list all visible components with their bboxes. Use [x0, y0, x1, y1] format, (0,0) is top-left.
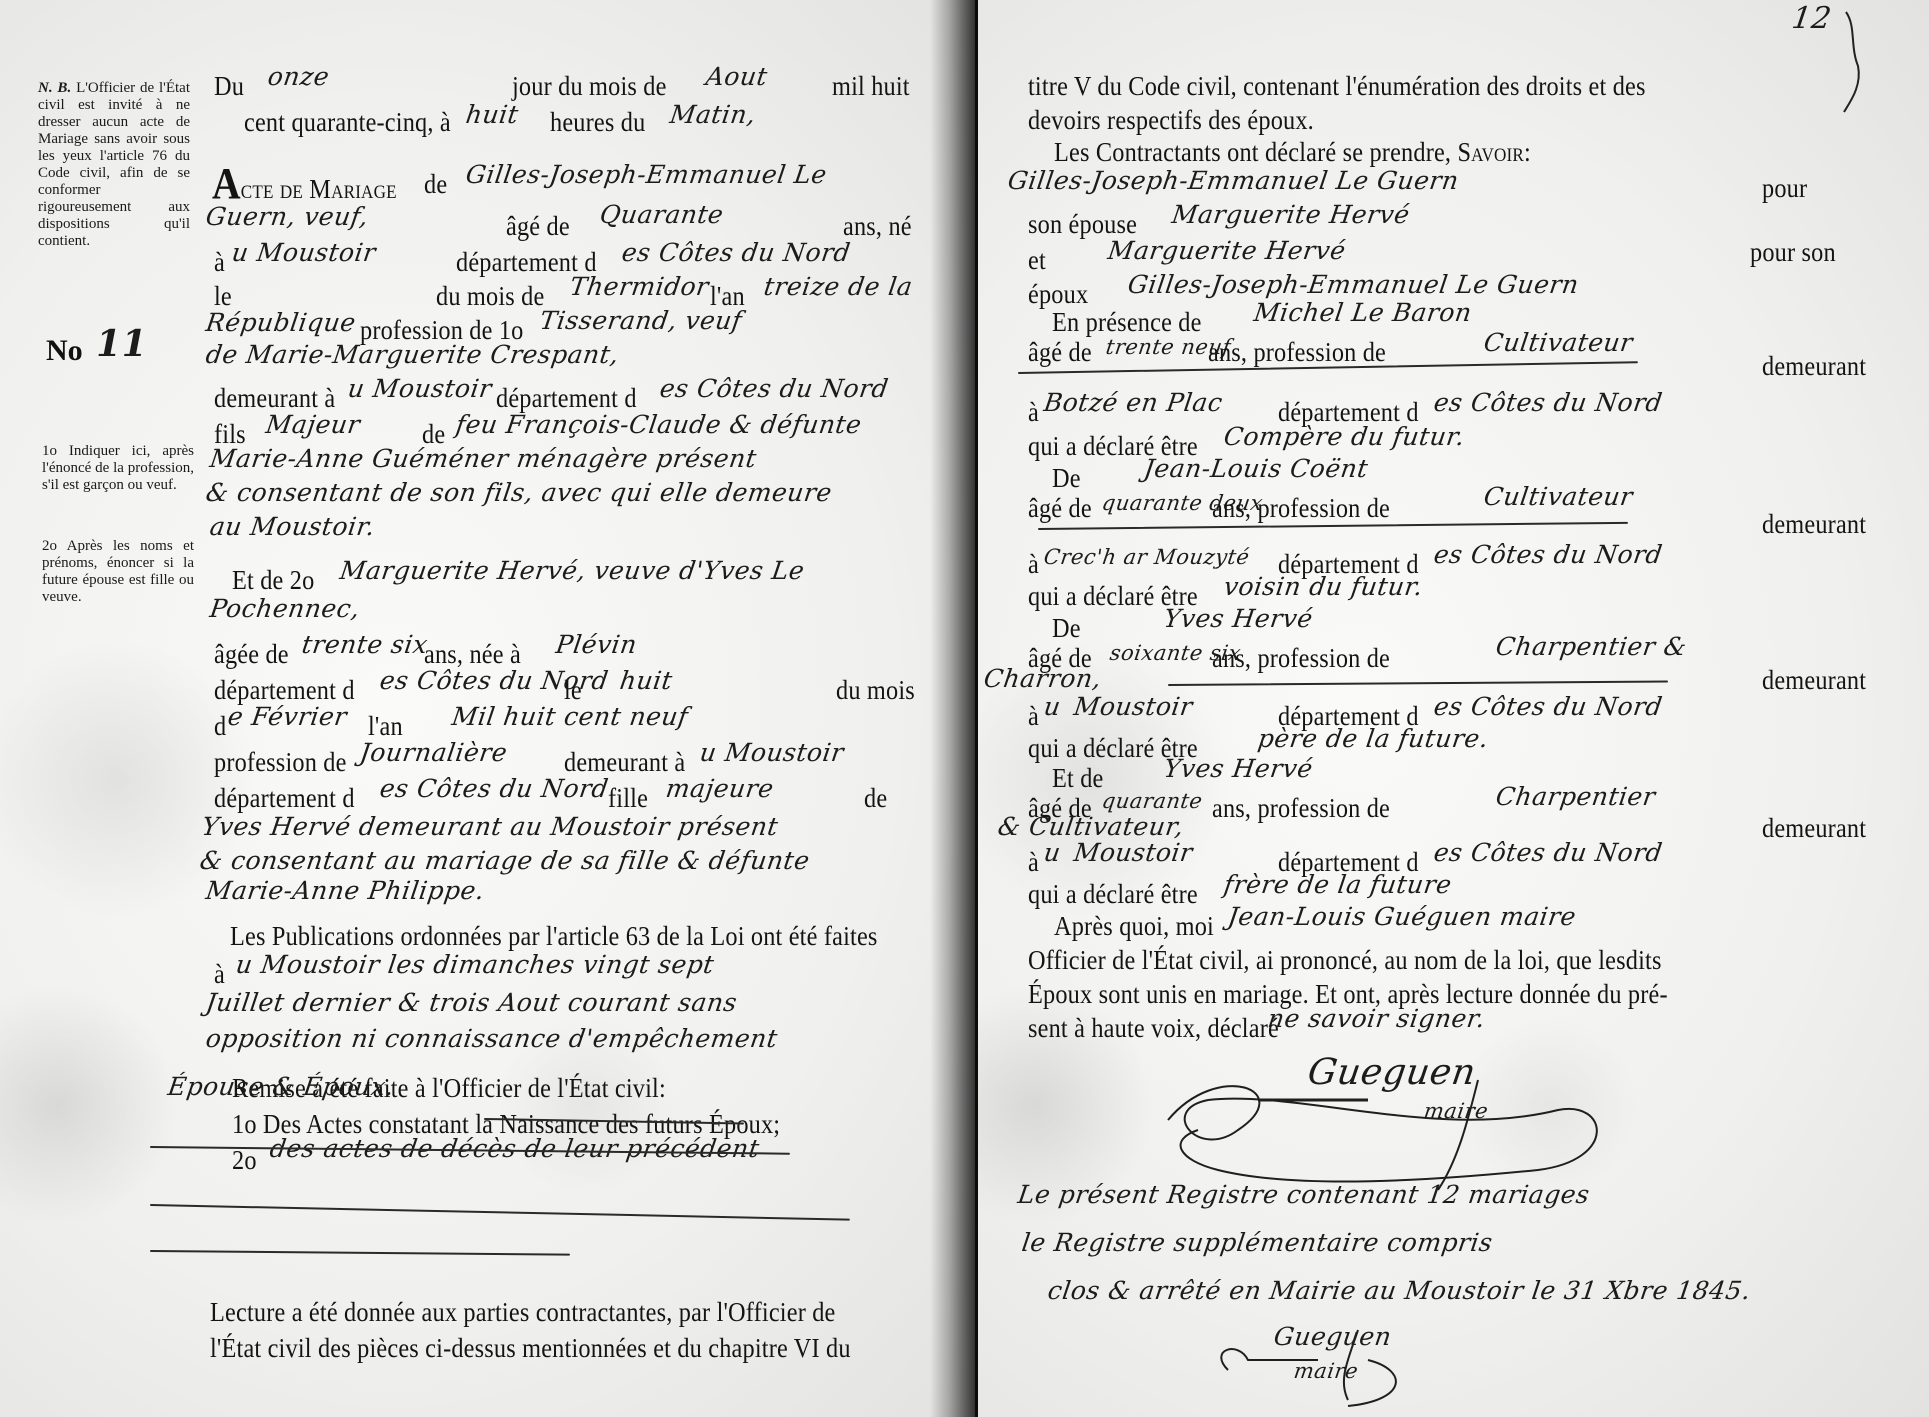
print-de-w2: De	[1052, 462, 1081, 494]
print-a-w4: à	[1028, 846, 1039, 878]
hw-witness-1-name: Michel Le Baron	[1252, 298, 1474, 328]
acte-heading-rest: cte de Mariage	[241, 174, 397, 204]
hw-witness-4-name: Yves Hervé	[1162, 754, 1315, 784]
print-demeurant-w3: demeurant	[1762, 664, 1866, 696]
hw-groom-residence: u Moustoir	[346, 374, 494, 404]
hw-officer: Jean-Louis Guéguen maire	[1226, 902, 1578, 932]
print-cent-quarante-cinq: cent quarante-cinq, à	[244, 106, 451, 138]
hw-groom-parents-2: Marie-Anne Guéméner ménagère présent	[208, 444, 759, 474]
hw-witness-2-relation: voisin du futur.	[1222, 572, 1425, 602]
hw-bride-status: majeure	[664, 774, 776, 804]
print-pour-son: pour son	[1750, 236, 1836, 268]
margin-note-2: 2o Après les noms et prénoms, énoncer si…	[42, 538, 194, 606]
hw-witness-3-profession: Charpentier &	[1494, 632, 1689, 662]
hw-witness-1-dept: es Côtes du Nord	[1432, 388, 1665, 418]
print-a-w1: à	[1028, 396, 1039, 428]
hw-publication-2: Juillet dernier & trois Aout courant san…	[204, 988, 739, 1018]
hw-groom-parents-4: au Moustoir.	[208, 512, 377, 542]
print-titre-v: titre V du Code civil, contenant l'énumé…	[1028, 70, 1646, 102]
hw-groom-birth-month: Thermidor	[568, 272, 711, 302]
print-a-pub: à	[214, 958, 225, 990]
hw-bride-residence-dept: es Côtes du Nord	[378, 774, 611, 804]
hw-witness-3-dept: es Côtes du Nord	[1432, 692, 1665, 722]
print-a-w3: à	[1028, 700, 1039, 732]
print-age-de-w1: âgé de	[1028, 336, 1092, 368]
hw-witness-4-residence-prefix: u	[1042, 838, 1063, 868]
hw-closing-2: le Registre supplémentaire compris	[1020, 1228, 1495, 1258]
print-lecture-1: Lecture a été donnée aux parties contrac…	[210, 1296, 836, 1328]
contractants-text: Les Contractants ont déclaré se prendre,	[1054, 137, 1451, 167]
print-de-3: de	[864, 782, 887, 814]
hw-groom-status: Majeur	[264, 410, 362, 440]
hw-bride-profession: Journalière	[358, 738, 509, 768]
print-et-de-w4: Et de	[1052, 762, 1104, 794]
print-sent-haute-voix: sent à haute voix, déclaré	[1028, 1012, 1279, 1044]
print-officier: Officier de l'État civil, ai prononcé, a…	[1028, 944, 1662, 976]
hw-witness-3-residence: Moustoir	[1072, 692, 1195, 722]
cancel-stroke	[1168, 681, 1668, 686]
print-ans-profession-w3: ans, profession de	[1212, 642, 1390, 674]
print-de: de	[424, 168, 447, 200]
savoir-text: Savoir:	[1457, 137, 1530, 167]
hw-bride-age: trente six	[300, 630, 430, 660]
hw-bride-full: Marguerite Hervé	[1170, 200, 1412, 230]
hw-witness-1-relation: Compère du futur.	[1222, 422, 1467, 452]
print-ans-ne: ans, né	[843, 210, 912, 242]
hw-groom-age: Quarante	[598, 200, 726, 230]
print-jour-du-mois: jour du mois de	[512, 70, 667, 102]
hw-bride-parents-3: Marie-Anne Philippe.	[204, 876, 487, 906]
hw-groom-name-1: Gilles-Joseph-Emmanuel Le	[464, 160, 829, 190]
book-gutter-shadow	[930, 0, 978, 1417]
print-et: et	[1028, 244, 1046, 276]
print-demeurant-w2: demeurant	[1762, 508, 1866, 540]
hw-hour: huit	[464, 100, 520, 130]
hw-bride-residence: u Moustoir	[698, 738, 846, 768]
hw-witness-3-relation: père de la future.	[1256, 724, 1490, 754]
print-publications: Les Publications ordonnées par l'article…	[230, 920, 878, 952]
hw-witness-3-residence-prefix: u	[1042, 692, 1063, 722]
hw-item2-2: Épouse & Époux.	[166, 1072, 396, 1102]
print-contractants: Les Contractants ont déclaré se prendre,…	[1054, 136, 1531, 168]
print-heures-du: heures du	[550, 106, 645, 138]
hw-groom-full: Gilles-Joseph-Emmanuel Le Guern	[1006, 166, 1461, 196]
left-page: N. B. L'Officier de l'État civil est inv…	[0, 0, 978, 1417]
print-du-mois: du mois	[836, 674, 915, 706]
hw-witness-3-profession-2: Charron,	[982, 664, 1103, 694]
hw-bride-birth-month: e Février	[226, 702, 349, 732]
hw-time-of-day: Matin,	[668, 100, 758, 130]
nb-label: N. B.	[38, 80, 71, 96]
hw-witness-2-profession: Cultivateur	[1482, 482, 1635, 512]
nb-text: L'Officier de l'État civil est invité à …	[38, 80, 190, 249]
print-a: à	[214, 246, 225, 278]
hw-groom-birth-year-2: République	[204, 308, 358, 338]
closing-signature-flourish	[1208, 1320, 1428, 1410]
hw-groom-residence-dept: es Côtes du Nord	[658, 374, 891, 404]
hw-witness-2-residence: Crec'h ar Mouzyté	[1042, 542, 1252, 572]
hw-witness-4-profession: Charpentier	[1494, 782, 1657, 812]
hw-month: Aout	[704, 62, 769, 92]
print-devoirs: devoirs respectifs des époux.	[1028, 104, 1314, 136]
hw-groom-prev-wife: de Marie-Marguerite Crespant,	[204, 340, 621, 370]
hw-bride-parents-1: Yves Hervé demeurant au Moustoir présent	[200, 812, 780, 842]
hw-bride-full-2: Marguerite Hervé	[1106, 236, 1348, 266]
hw-groom-name-2: Guern, veuf,	[204, 202, 370, 232]
print-et-de-2: Et de 2o	[232, 564, 314, 596]
print-demeurant-w1: demeurant	[1762, 350, 1866, 382]
hw-witness-2-dept: es Côtes du Nord	[1432, 540, 1665, 570]
act-number: No 11	[46, 333, 141, 368]
hw-day: onze	[266, 62, 331, 92]
print-departement-4: département d	[214, 782, 355, 814]
signature-flourish	[1138, 1050, 1638, 1200]
print-profession-de: profession de	[214, 746, 347, 778]
margin-note-1: 1o Indiquer ici, après l'énoncé de la pr…	[42, 443, 194, 494]
print-pour: pour	[1762, 172, 1807, 204]
hw-bride-name-2: Pochennec,	[208, 594, 362, 624]
hw-witness-1-residence: Botzé en Plac	[1042, 388, 1225, 418]
folio-flourish	[1836, 6, 1876, 116]
print-d: d	[214, 710, 226, 742]
hw-witness-3-name: Yves Hervé	[1162, 604, 1315, 634]
print-lecture-2: l'État civil des pièces ci-dessus mentio…	[210, 1332, 851, 1364]
print-agee-de: âgée de	[214, 638, 289, 670]
print-age-de-w2: âgé de	[1028, 492, 1092, 524]
hw-groom-full-2: Gilles-Joseph-Emmanuel Le Guern	[1126, 270, 1581, 300]
print-apres-quoi: Après quoi, moi	[1054, 910, 1214, 942]
act-number-value: 11	[96, 323, 147, 365]
cancel-stroke	[150, 1204, 850, 1221]
hw-declared: ne savoir signer.	[1266, 1004, 1487, 1034]
margin-note-nb: N. B. L'Officier de l'État civil est inv…	[38, 80, 190, 250]
hw-groom-birth-dept: es Côtes du Nord	[620, 238, 853, 268]
print-ans-profession-w4: ans, profession de	[1212, 792, 1390, 824]
print-qui-a-declare-w4: qui a déclaré être	[1028, 878, 1198, 910]
cancel-stroke	[150, 1250, 570, 1256]
hw-groom-birth-year-1: treize de la	[762, 272, 915, 302]
hw-witness-4-relation: frère de la future	[1222, 870, 1454, 900]
hw-closing-1: Le présent Registre contenant 12 mariage…	[1016, 1180, 1592, 1210]
print-demeurant-w4: demeurant	[1762, 812, 1866, 844]
hw-groom-parents-1: feu François-Claude & défunte	[454, 410, 864, 440]
hw-groom-profession: Tisserand, veuf	[538, 306, 744, 336]
hw-witness-4-residence: Moustoir	[1072, 838, 1195, 868]
act-number-label: No	[46, 334, 83, 367]
hw-publication-1: u Moustoir les dimanches vingt sept	[234, 950, 716, 980]
hw-bride-birthplace: Plévin	[554, 630, 639, 660]
print-age-de: âgé de	[506, 210, 570, 242]
hw-groom-birthplace: u Moustoir	[230, 238, 378, 268]
print-ans-profession-w2: ans, profession de	[1212, 492, 1390, 524]
acte-de-mariage-heading: Acte de Mariage	[212, 168, 397, 205]
right-page: 12 titre V du Code civil, contenant l'én…	[978, 0, 1929, 1417]
register-spread: N. B. L'Officier de l'État civil est inv…	[0, 0, 1929, 1417]
hw-bride-name-1: Marguerite Hervé, veuve d'Yves Le	[338, 556, 807, 586]
hw-witness-2-name: Jean-Louis Coënt	[1142, 454, 1370, 484]
hw-witness-1-profession: Cultivateur	[1482, 328, 1635, 358]
hw-bride-parents-2: & consentant au mariage de sa fille & dé…	[198, 846, 812, 876]
hw-closing-3: clos & arrêté en Mairie au Moustoir le 3…	[1046, 1276, 1753, 1306]
print-du: Du	[214, 70, 244, 102]
print-fille: fille	[608, 782, 648, 814]
folio-number: 12	[1790, 4, 1833, 34]
print-du-mois-de: du mois de	[436, 280, 544, 312]
hw-witness-4-dept: es Côtes du Nord	[1432, 838, 1665, 868]
print-mil-huit: mil huit	[832, 70, 910, 102]
print-ans-profession-w1: ans, profession de	[1208, 336, 1386, 368]
acte-initial: A	[212, 159, 241, 208]
hw-publication-3: opposition ni connaissance d'empêchement	[204, 1024, 780, 1054]
print-a-w2: à	[1028, 548, 1039, 580]
hw-bride-birth-year: Mil huit cent neuf	[450, 702, 690, 732]
print-de-w3: De	[1052, 612, 1081, 644]
hw-groom-parents-3: & consentant de son fils, avec qui elle …	[204, 478, 834, 508]
hw-bride-birth-day: huit	[618, 666, 674, 696]
